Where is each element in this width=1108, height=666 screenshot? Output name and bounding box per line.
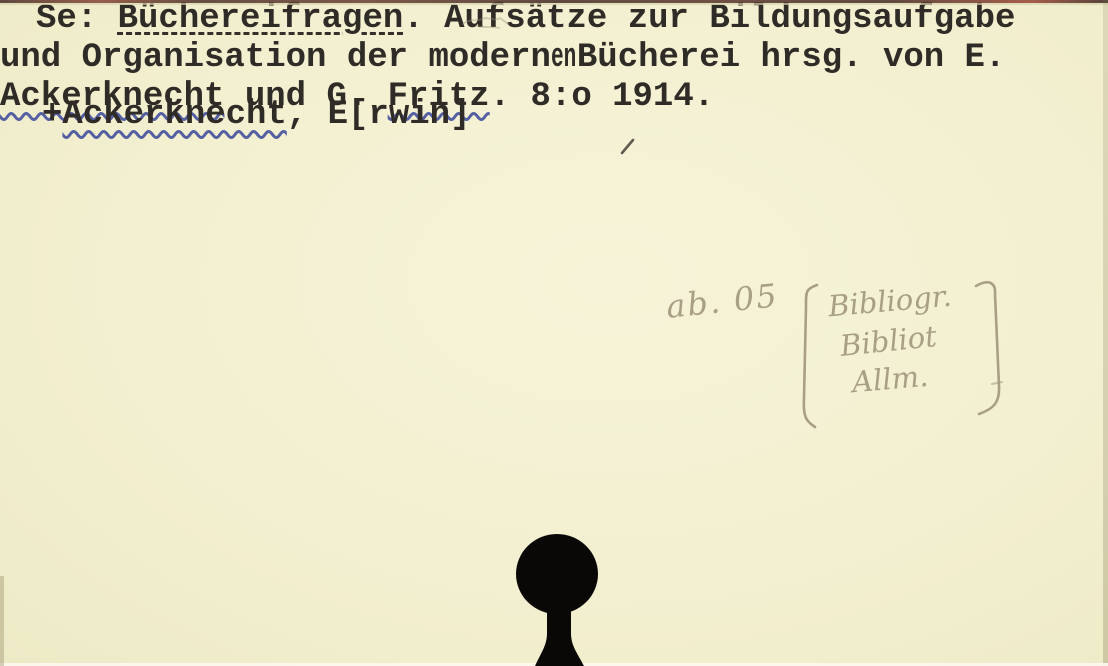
card-top-edge-shadow <box>0 3 1108 5</box>
stray-slash-mark <box>618 136 642 158</box>
annotation-line: Allm. <box>851 359 930 400</box>
body-line-2: und Organisation der modernenBücherei hr… <box>0 39 1108 78</box>
card-left-edge <box>0 576 4 666</box>
author-surname: Ackerknecht <box>62 96 286 134</box>
catalog-card: +Ackerknecht, E[rwin] Se: Büchereifragen… <box>0 0 1108 666</box>
card-right-edge <box>1103 0 1108 666</box>
heading-prefix: + <box>42 96 62 134</box>
line2-overtyped: en <box>551 39 567 78</box>
line2-pre: und Organisation der modern <box>0 39 551 77</box>
annotation-close-bracket <box>972 276 1010 422</box>
hole-punch <box>490 520 630 666</box>
title-underlined: Büchereifragen <box>118 0 404 38</box>
body-line-1: Se: Büchereifragen. Aufsätze zur Bildung… <box>0 0 1108 39</box>
heading-line: +Ackerknecht, E[rwin] <box>42 98 470 132</box>
annotation-open-bracket <box>792 280 824 432</box>
line1-pre: Se: <box>36 0 118 38</box>
annotation-line: Bibliot <box>838 319 938 363</box>
annotation-shelf-code: ab. 05 <box>664 276 780 326</box>
annotation-line: Bibliogr. <box>827 279 953 324</box>
heading-forename: , E[rwin] <box>287 96 471 134</box>
faint-pencil-scribble <box>455 5 527 35</box>
line2-post: Bücherei hrsg. von E. <box>577 39 1005 77</box>
line3-post: . 8:o 1914. <box>490 78 714 116</box>
